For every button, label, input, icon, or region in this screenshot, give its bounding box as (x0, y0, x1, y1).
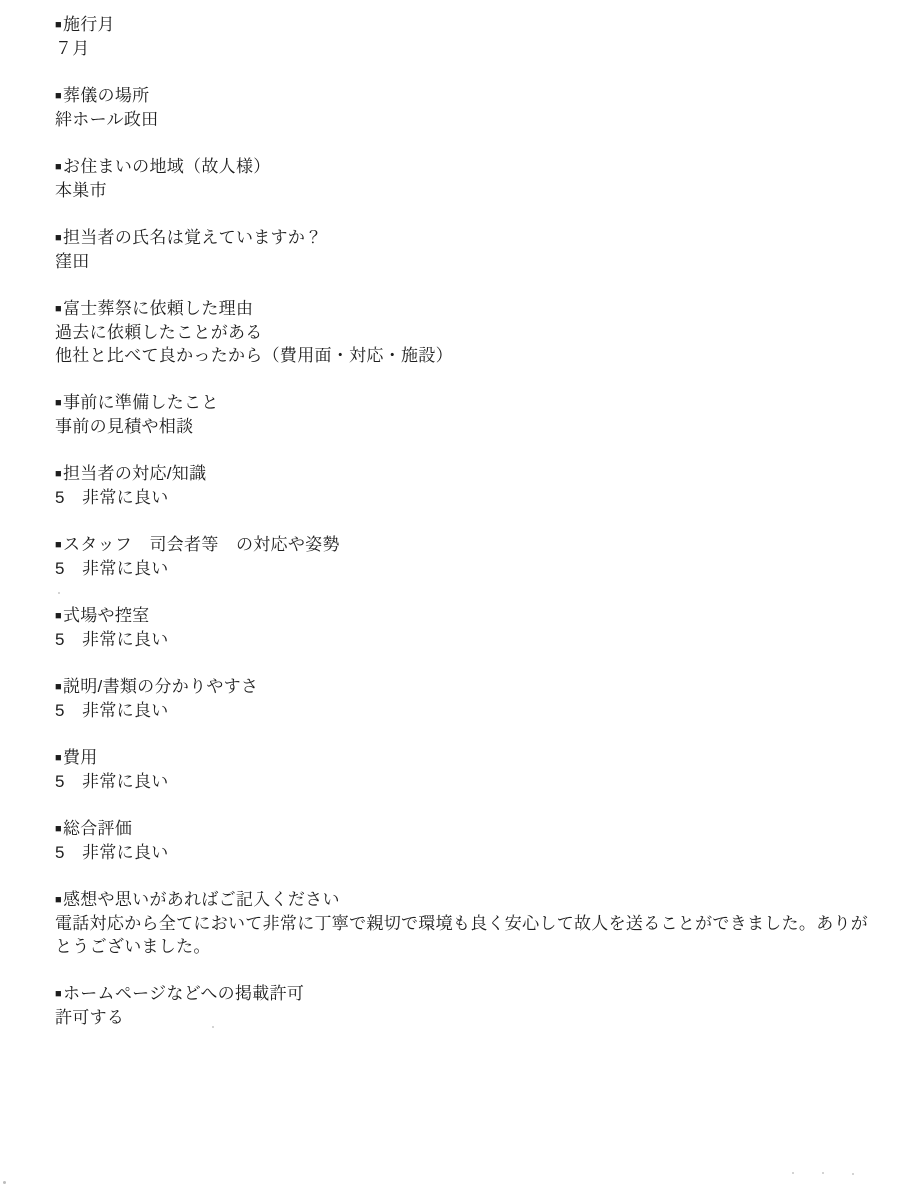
bullet-square-icon: ■ (55, 161, 62, 173)
section-value: 窪田 (55, 250, 871, 273)
section-value: 本巣市 (55, 179, 871, 202)
bullet-square-icon: ■ (55, 232, 62, 244)
bullet-square-icon: ■ (55, 610, 62, 622)
section-heading-text: スタッフ 司会者等 の対応や姿勢 (63, 535, 340, 554)
section-heading: ■式場や控室 (55, 604, 871, 628)
bullet-square-icon: ■ (55, 539, 62, 551)
section-heading: ■お住まいの地域（故人様） (55, 155, 871, 179)
bullet-square-icon: ■ (55, 752, 62, 764)
section-heading: ■担当者の氏名は覚えていますか？ (55, 226, 871, 250)
bullet-square-icon: ■ (55, 303, 62, 315)
section-heading: ■費用 (55, 746, 871, 770)
bullet-square-icon: ■ (55, 397, 62, 409)
section-advance-preparation: ■事前に準備したこと 事前の見積や相談 (55, 391, 871, 438)
section-overall-rating: ■総合評価 5 非常に良い (55, 817, 871, 864)
section-heading-text: 費用 (63, 748, 98, 767)
section-heading-text: 総合評価 (63, 819, 132, 838)
section-value: ７月 (55, 37, 871, 60)
section-explanation-rating: ■説明/書類の分かりやすさ 5 非常に良い (55, 675, 871, 722)
bullet-square-icon: ■ (55, 90, 62, 102)
section-rating-value: 5 非常に良い (55, 557, 871, 580)
section-heading-text: 富士葬祭に依頼した理由 (63, 299, 253, 318)
section-value: 事前の見積や相談 (55, 415, 871, 438)
section-funeral-place: ■葬儀の場所 絆ホール政田 (55, 84, 871, 131)
section-heading: ■葬儀の場所 (55, 84, 871, 108)
section-cost-rating: ■費用 5 非常に良い (55, 746, 871, 793)
section-heading: ■総合評価 (55, 817, 871, 841)
scan-speckle (3, 1181, 6, 1184)
section-heading: ■ホームページなどへの掲載許可 (55, 982, 871, 1006)
section-hall-rating: ■式場や控室 5 非常に良い (55, 604, 871, 651)
scanned-survey-document: ■施行月 ７月 ■葬儀の場所 絆ホール政田 ■お住まいの地域（故人様） 本巣市 … (0, 0, 911, 1200)
section-heading-text: 施行月 (63, 15, 115, 34)
section-staff-name: ■担当者の氏名は覚えていますか？ 窪田 (55, 226, 871, 273)
section-heading: ■スタッフ 司会者等 の対応や姿勢 (55, 533, 871, 557)
section-value: 他社と比べて良かったから（費用面・対応・施設） (55, 344, 871, 367)
section-comment-text: 電話対応から全てにおいて非常に丁寧で親切で環境も良く安心して故人を送ることができ… (55, 912, 871, 958)
section-heading: ■施行月 (55, 13, 871, 37)
section-reason-for-request: ■富士葬祭に依頼した理由 過去に依頼したことがある 他社と比べて良かったから（費… (55, 297, 871, 367)
bullet-square-icon: ■ (55, 19, 62, 31)
section-heading-text: 説明/書類の分かりやすさ (63, 677, 258, 696)
scan-speckle (58, 592, 60, 594)
section-heading-text: ホームページなどへの掲載許可 (63, 984, 304, 1003)
bullet-square-icon: ■ (55, 894, 62, 906)
section-heading-text: 事前に準備したこと (63, 393, 219, 412)
section-rating-value: 5 非常に良い (55, 770, 871, 793)
section-heading-text: 担当者の氏名は覚えていますか？ (63, 228, 323, 247)
bullet-square-icon: ■ (55, 681, 62, 693)
section-publication-permission: ■ホームページなどへの掲載許可 許可する (55, 982, 871, 1029)
section-heading-text: お住まいの地域（故人様） (63, 157, 271, 176)
section-heading-text: 葬儀の場所 (63, 86, 150, 105)
section-value: 過去に依頼したことがある (55, 321, 871, 344)
section-rating-value: 5 非常に良い (55, 841, 871, 864)
section-heading-text: 担当者の対応/知識 (63, 464, 206, 483)
section-comments: ■感想や思いがあればご記入ください 電話対応から全てにおいて非常に丁寧で親切で環… (55, 888, 871, 958)
section-rating-value: 5 非常に良い (55, 699, 871, 722)
section-heading: ■事前に準備したこと (55, 391, 871, 415)
section-heading-text: 式場や控室 (63, 606, 150, 625)
section-heading: ■富士葬祭に依頼した理由 (55, 297, 871, 321)
bullet-square-icon: ■ (55, 823, 62, 835)
section-mc-staff-rating: ■スタッフ 司会者等 の対応や姿勢 5 非常に良い (55, 533, 871, 580)
section-staff-response-rating: ■担当者の対応/知識 5 非常に良い (55, 462, 871, 509)
section-heading-text: 感想や思いがあればご記入ください (63, 890, 340, 909)
scan-speckle (852, 1173, 854, 1175)
scan-speckle (792, 1172, 794, 1174)
section-residence-area: ■お住まいの地域（故人様） 本巣市 (55, 155, 871, 202)
section-rating-value: 5 非常に良い (55, 628, 871, 651)
bullet-square-icon: ■ (55, 468, 62, 480)
section-value: 許可する (55, 1006, 871, 1029)
section-rating-value: 5 非常に良い (55, 486, 871, 509)
scan-speckle (212, 1026, 214, 1028)
section-execution-month: ■施行月 ７月 (55, 13, 871, 60)
bullet-square-icon: ■ (55, 988, 62, 1000)
section-heading: ■説明/書類の分かりやすさ (55, 675, 871, 699)
section-heading: ■担当者の対応/知識 (55, 462, 871, 486)
section-value: 絆ホール政田 (55, 108, 871, 131)
scan-speckle (822, 1172, 824, 1174)
section-heading: ■感想や思いがあればご記入ください (55, 888, 871, 912)
